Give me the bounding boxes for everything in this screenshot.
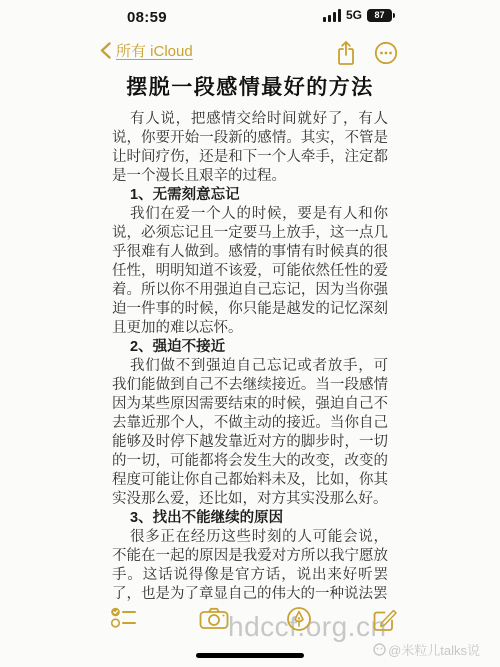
status-bar: 08:59 5G 87 [0, 0, 500, 32]
home-indicator[interactable] [196, 653, 304, 658]
markup-button[interactable] [286, 606, 312, 632]
share-button[interactable] [335, 40, 357, 66]
back-label: 所有 iCloud [116, 40, 193, 61]
more-options-button[interactable] [374, 41, 398, 65]
checklist-icon [110, 606, 138, 629]
watermark-logo-icon [373, 643, 386, 656]
compose-button[interactable] [370, 606, 397, 633]
nav-bar: 所有 iCloud [0, 38, 500, 68]
paragraph: 我们在爱一个人的时候，要是有人和你说，必须忘记且一定要马上放手，这一点几乎很难有… [112, 205, 388, 338]
paragraph: 有人说，把感情交给时间就好了，有人说，你要开始一段新的感情。其实，不管是让时间疗… [112, 110, 388, 186]
status-icons: 5G 87 [323, 8, 392, 22]
notes-app-screen: 08:59 5G 87 所有 iCloud [0, 0, 500, 667]
paragraph: 我们做不到强迫自己忘记或者放手，可我们能做到自己不去继续接近。当一段感情因为某些… [112, 357, 388, 509]
battery-nub [393, 13, 395, 18]
share-icon [335, 40, 357, 66]
camera-icon [199, 606, 229, 630]
paragraph: 很多正在经历这些时刻的人可能会说，不能在一起的原因是我爱对方所以我宁愿放手。这话… [112, 528, 388, 604]
battery-icon: 87 [367, 9, 392, 22]
back-button[interactable]: 所有 iCloud [100, 40, 193, 61]
note-title[interactable]: 摆脱一段感情最好的方法 [110, 71, 390, 101]
battery-percent-text: 87 [374, 11, 384, 20]
credit-watermark-text: @米粒儿talks说 [388, 640, 480, 659]
section-heading: 1、无需刻意忘记 [112, 186, 388, 205]
chevron-left-icon [100, 42, 111, 59]
markup-icon [286, 606, 312, 632]
bottom-toolbar [0, 606, 500, 642]
camera-button[interactable] [199, 606, 229, 630]
nav-actions [335, 40, 398, 66]
section-heading: 3、找出不能继续的原因 [112, 509, 388, 528]
checklist-button[interactable] [110, 606, 138, 629]
section-heading: 2、强迫不接近 [112, 338, 388, 357]
compose-icon [370, 606, 397, 633]
network-type-label: 5G [346, 8, 362, 22]
clock-text: 08:59 [127, 9, 167, 26]
signal-strength-icon [323, 9, 341, 22]
ellipsis-circle-icon [374, 41, 398, 65]
note-content[interactable]: 有人说，把感情交给时间就好了，有人说，你要开始一段新的感情。其实，不管是让时间疗… [112, 110, 388, 604]
credit-watermark: @米粒儿talks说 [373, 640, 480, 659]
